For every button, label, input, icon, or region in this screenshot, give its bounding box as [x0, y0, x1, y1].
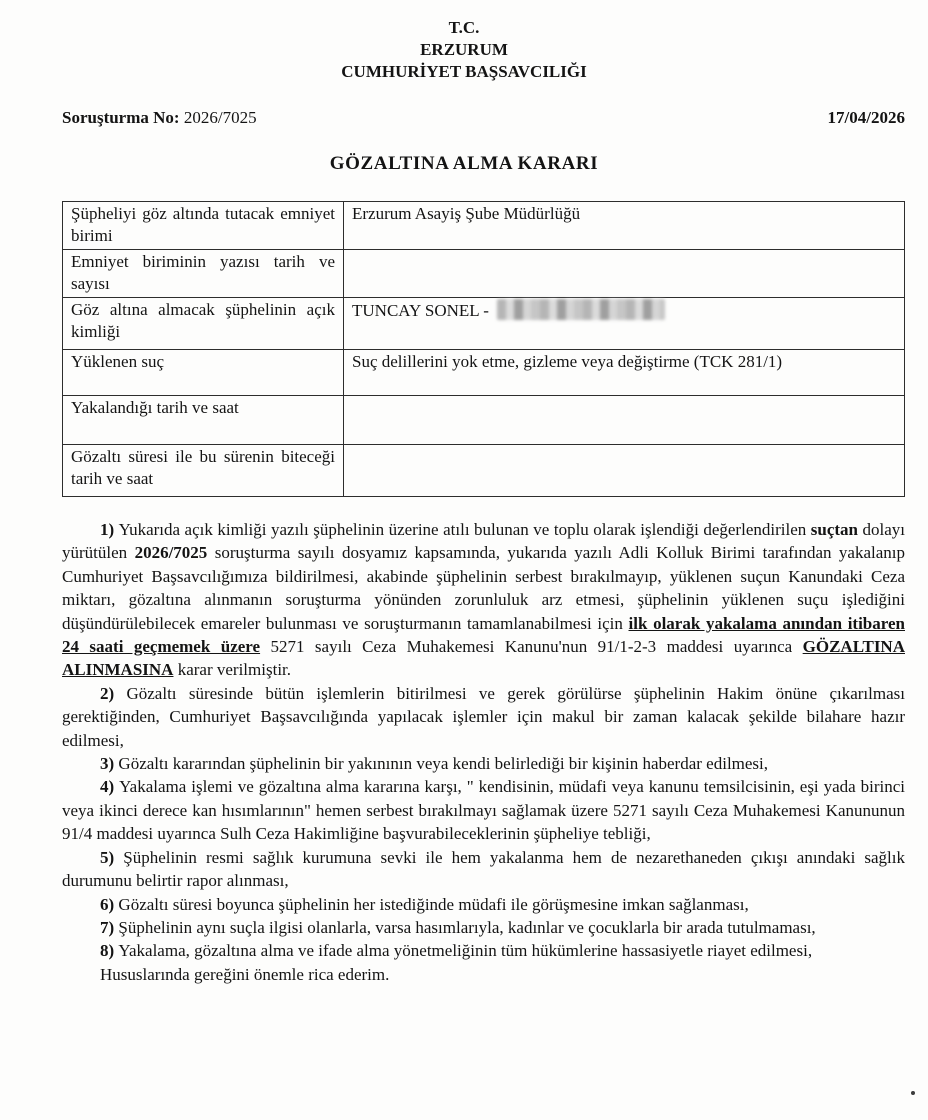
row-value [344, 445, 905, 497]
paragraph: 2) Gözaltı süresinde bütün işlemlerin bi… [62, 682, 905, 752]
row-value: TUNCAY SONEL - [344, 298, 905, 350]
redacted-identity-blur [497, 299, 665, 320]
scan-dot-artifact [911, 1091, 915, 1095]
row-value [344, 396, 905, 445]
paragraph-segment: 2) [100, 684, 126, 703]
body-paragraphs: 1) Yukarıda açık kimliği yazılı şüphelin… [62, 518, 905, 986]
row-value-text: TUNCAY SONEL - [352, 301, 489, 320]
row-label: Gözaltı süresi ile bu sürenin biteceği t… [63, 445, 344, 497]
table-row: Yakalandığı tarih ve saat [63, 396, 905, 445]
table-row: Emniyet biriminin yazısı tarih ve sayısı [63, 250, 905, 298]
paragraph-segment: karar verilmiştir. [173, 660, 291, 679]
paragraph: 5) Şüphelinin resmi sağlık kurumuna sevk… [62, 846, 905, 893]
paragraph: 3) Gözaltı kararından şüphelinin bir yak… [62, 752, 905, 775]
paragraph: Hususlarında gereğini önemle rica ederim… [62, 963, 905, 986]
paragraph: 4) Yakalama işlemi ve gözaltına alma kar… [62, 775, 905, 845]
letterhead: T.C. ERZURUM CUMHURİYET BAŞSAVCILIĞI [0, 0, 928, 83]
row-value [344, 250, 905, 298]
paragraph-segment: 2026/7025 [135, 543, 208, 562]
table-row: Yüklenen suçSuç delillerini yok etme, gi… [63, 350, 905, 396]
row-label: Yüklenen suç [63, 350, 344, 396]
paragraph-segment: Gözaltı kararından şüphelinin bir yakını… [118, 754, 768, 773]
paragraph-segment: Yakalama işlemi ve gözaltına alma kararı… [62, 777, 905, 843]
letterhead-line-tc: T.C. [0, 17, 928, 39]
paragraph-segment: 8) [100, 941, 118, 960]
investigation-number: Soruşturma No: 2026/7025 [62, 108, 257, 128]
paragraph-segment: 6) [100, 895, 118, 914]
paragraph-segment: 5271 sayılı Ceza Muhakemesi Kanunu'nun 9… [260, 637, 803, 656]
investigation-number-label: Soruşturma No: [62, 108, 180, 127]
paragraph-segment: suçtan [811, 520, 858, 539]
row-value: Erzurum Asayiş Şube Müdürlüğü [344, 202, 905, 250]
meta-row: Soruşturma No: 2026/7025 17/04/2026 [62, 108, 905, 128]
paragraph: 7) Şüphelinin aynı suçla ilgisi olanlarl… [62, 916, 905, 939]
paragraph-segment: Gözaltı süresi boyunca şüphelinin her is… [118, 895, 748, 914]
paragraph-segment: Yakalama, gözaltına alma ve ifade alma y… [118, 941, 812, 960]
paragraph-segment: Şüphelinin aynı suçla ilgisi olanlarla, … [118, 918, 815, 937]
row-label: Yakalandığı tarih ve saat [63, 396, 344, 445]
document-date: 17/04/2026 [828, 108, 905, 128]
investigation-number-value: 2026/7025 [184, 108, 257, 127]
document-page: T.C. ERZURUM CUMHURİYET BAŞSAVCILIĞI Sor… [0, 0, 928, 1120]
paragraph-segment: Gözaltı süresinde bütün işlemlerin bitir… [62, 684, 905, 750]
paragraph: 6) Gözaltı süresi boyunca şüphelinin her… [62, 893, 905, 916]
row-label: Emniyet biriminin yazısı tarih ve sayısı [63, 250, 344, 298]
paragraph: 8) Yakalama, gözaltına alma ve ifade alm… [62, 939, 905, 962]
paragraph: 1) Yukarıda açık kimliği yazılı şüphelin… [62, 518, 905, 682]
paragraph-segment: 1) [100, 520, 119, 539]
paragraph-segment: 3) [100, 754, 118, 773]
table-row: Gözaltı süresi ile bu sürenin biteceği t… [63, 445, 905, 497]
case-table-body: Şüpheliyi göz altında tutacak emniyet bi… [63, 202, 905, 497]
paragraph-segment: 5) [100, 848, 123, 867]
row-label: Göz altına almacak şüphelinin açık kimli… [63, 298, 344, 350]
paragraph-segment: Yukarıda açık kimliği yazılı şüphelinin … [119, 520, 811, 539]
row-value-text: Suç delillerini yok etme, gizleme veya d… [352, 352, 782, 371]
row-value: Suç delillerini yok etme, gizleme veya d… [344, 350, 905, 396]
table-row: Göz altına almacak şüphelinin açık kimli… [63, 298, 905, 350]
letterhead-line-office: CUMHURİYET BAŞSAVCILIĞI [0, 61, 928, 83]
row-label: Şüpheliyi göz altında tutacak emniyet bi… [63, 202, 344, 250]
row-value-text: Erzurum Asayiş Şube Müdürlüğü [352, 204, 580, 223]
document-title: GÖZALTINA ALMA KARARI [0, 153, 928, 175]
case-info-table: Şüpheliyi göz altında tutacak emniyet bi… [62, 201, 905, 497]
paragraph-segment: Hususlarında gereğini önemle rica ederim… [100, 965, 389, 984]
paragraph-segment: 7) [100, 918, 118, 937]
paragraph-segment: 4) [100, 777, 119, 796]
table-row: Şüpheliyi göz altında tutacak emniyet bi… [63, 202, 905, 250]
paragraph-segment: Şüphelinin resmi sağlık kurumuna sevki i… [62, 848, 905, 890]
letterhead-line-city: ERZURUM [0, 39, 928, 61]
